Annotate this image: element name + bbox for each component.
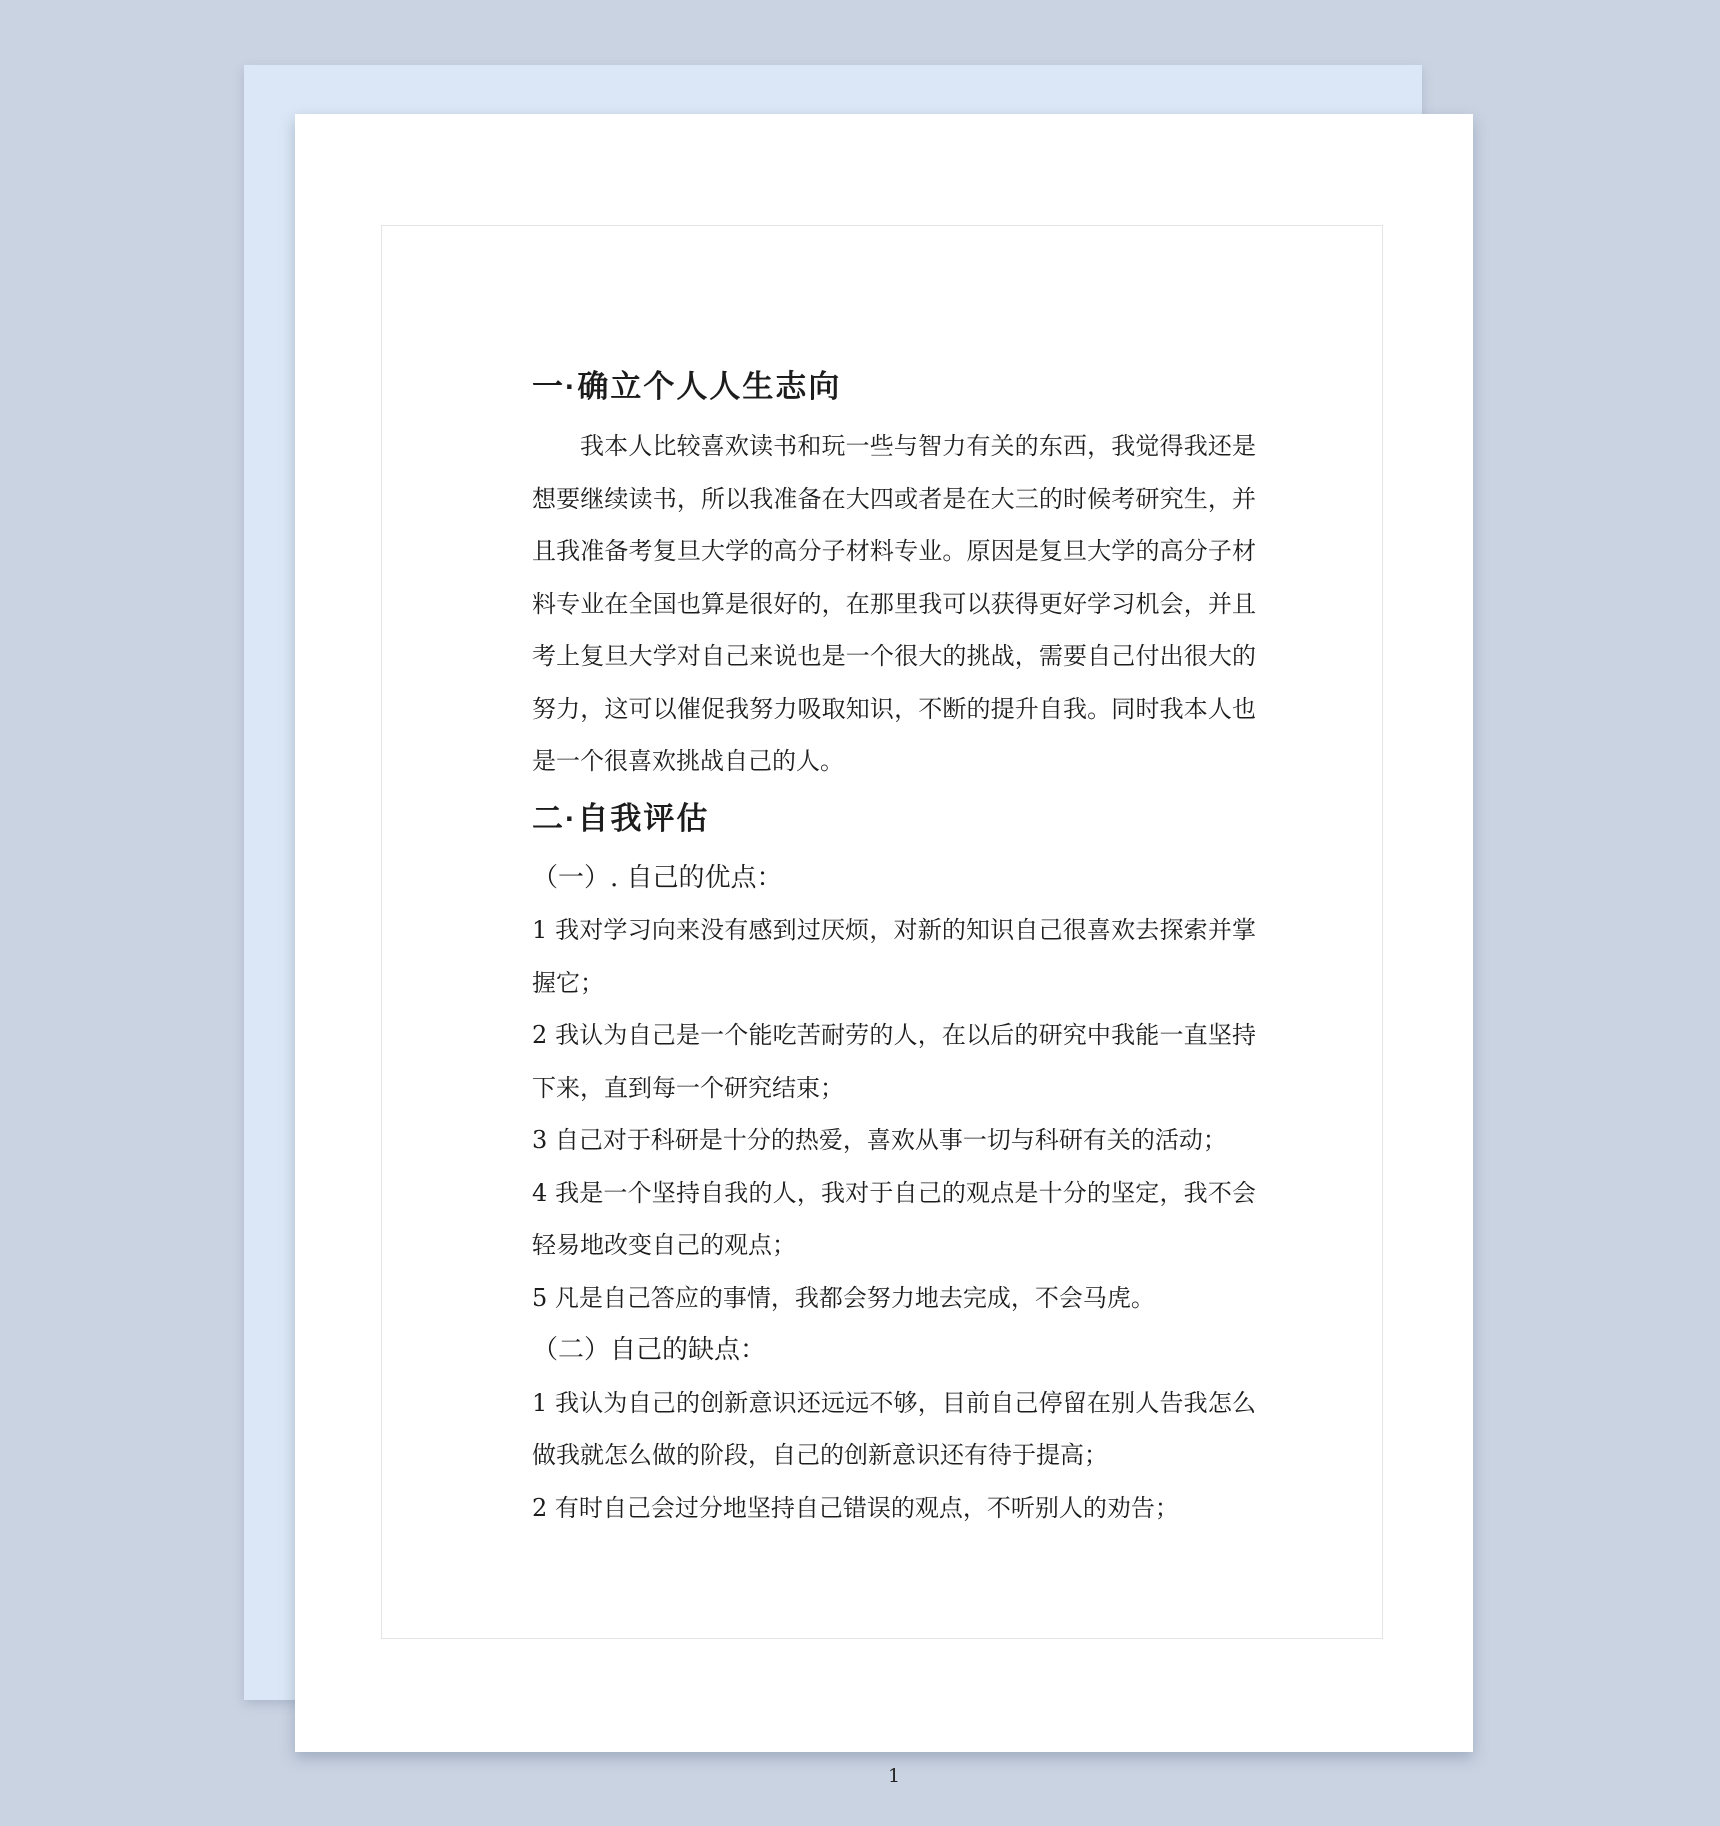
text-line: 3 自己对于科研是十分的热爱，喜欢从事一切与科研有关的活动；	[532, 1114, 1256, 1167]
text-line: 料专业在全国也算是很好的，在那里我可以获得更好学习机会，并且	[532, 578, 1256, 631]
text-line: 做我就怎么做的阶段，自己的创新意识还有待于提高；	[532, 1429, 1256, 1482]
text-line: 1 我认为自己的创新意识还远远不够，目前自己停留在别人告我怎么	[532, 1377, 1256, 1430]
document-sheet: 一·确立个人人生志向我本人比较喜欢读书和玩一些与智力有关的东西，我觉得我还是想要…	[295, 114, 1473, 1752]
page-footer: 1	[532, 1762, 1256, 1790]
text-line: 4 我是一个坚持自我的人，我对于自己的观点是十分的坚定，我不会	[532, 1167, 1256, 1220]
section-heading: 二·自我评估	[532, 796, 1256, 842]
text-line: 轻易地改变自己的观点；	[532, 1219, 1256, 1272]
text-line: 想要继续读书，所以我准备在大四或者是在大三的时候考研究生，并	[532, 473, 1256, 526]
text-line: 2 有时自己会过分地坚持自己错误的观点，不听别人的劝告；	[532, 1482, 1256, 1535]
section-heading: 一·确立个人人生志向	[532, 364, 1256, 410]
desk-canvas: 一·确立个人人生志向我本人比较喜欢读书和玩一些与智力有关的东西，我觉得我还是想要…	[0, 0, 1720, 1826]
text-line: 是一个很喜欢挑战自己的人。	[532, 735, 1256, 788]
text-line: 且我准备考复旦大学的高分子材料专业。原因是复旦大学的高分子材	[532, 525, 1256, 578]
text-line: 考上复旦大学对自己来说也是一个很大的挑战，需要自己付出很大的	[532, 630, 1256, 683]
text-line: 1 我对学习向来没有感到过厌烦，对新的知识自己很喜欢去探索并掌	[532, 904, 1256, 957]
text-line: 下来，直到每一个研究结束；	[532, 1062, 1256, 1115]
page-number: 1	[532, 1762, 1256, 1790]
text-line: 我本人比较喜欢读书和玩一些与智力有关的东西，我觉得我还是	[532, 420, 1256, 473]
sub-heading: （一）. 自己的优点：	[532, 852, 1256, 905]
text-line: 努力，这可以催促我努力吸取知识，不断的提升自我。同时我本人也	[532, 683, 1256, 736]
text-line: 2 我认为自己是一个能吃苦耐劳的人，在以后的研究中我能一直坚持	[532, 1009, 1256, 1062]
text-line: 握它；	[532, 957, 1256, 1010]
document-body: 一·确立个人人生志向我本人比较喜欢读书和玩一些与智力有关的东西，我觉得我还是想要…	[532, 364, 1256, 1534]
sub-heading: （二）自己的缺点：	[532, 1324, 1256, 1377]
text-line: 5 凡是自己答应的事情，我都会努力地去完成，不会马虎。	[532, 1272, 1256, 1325]
